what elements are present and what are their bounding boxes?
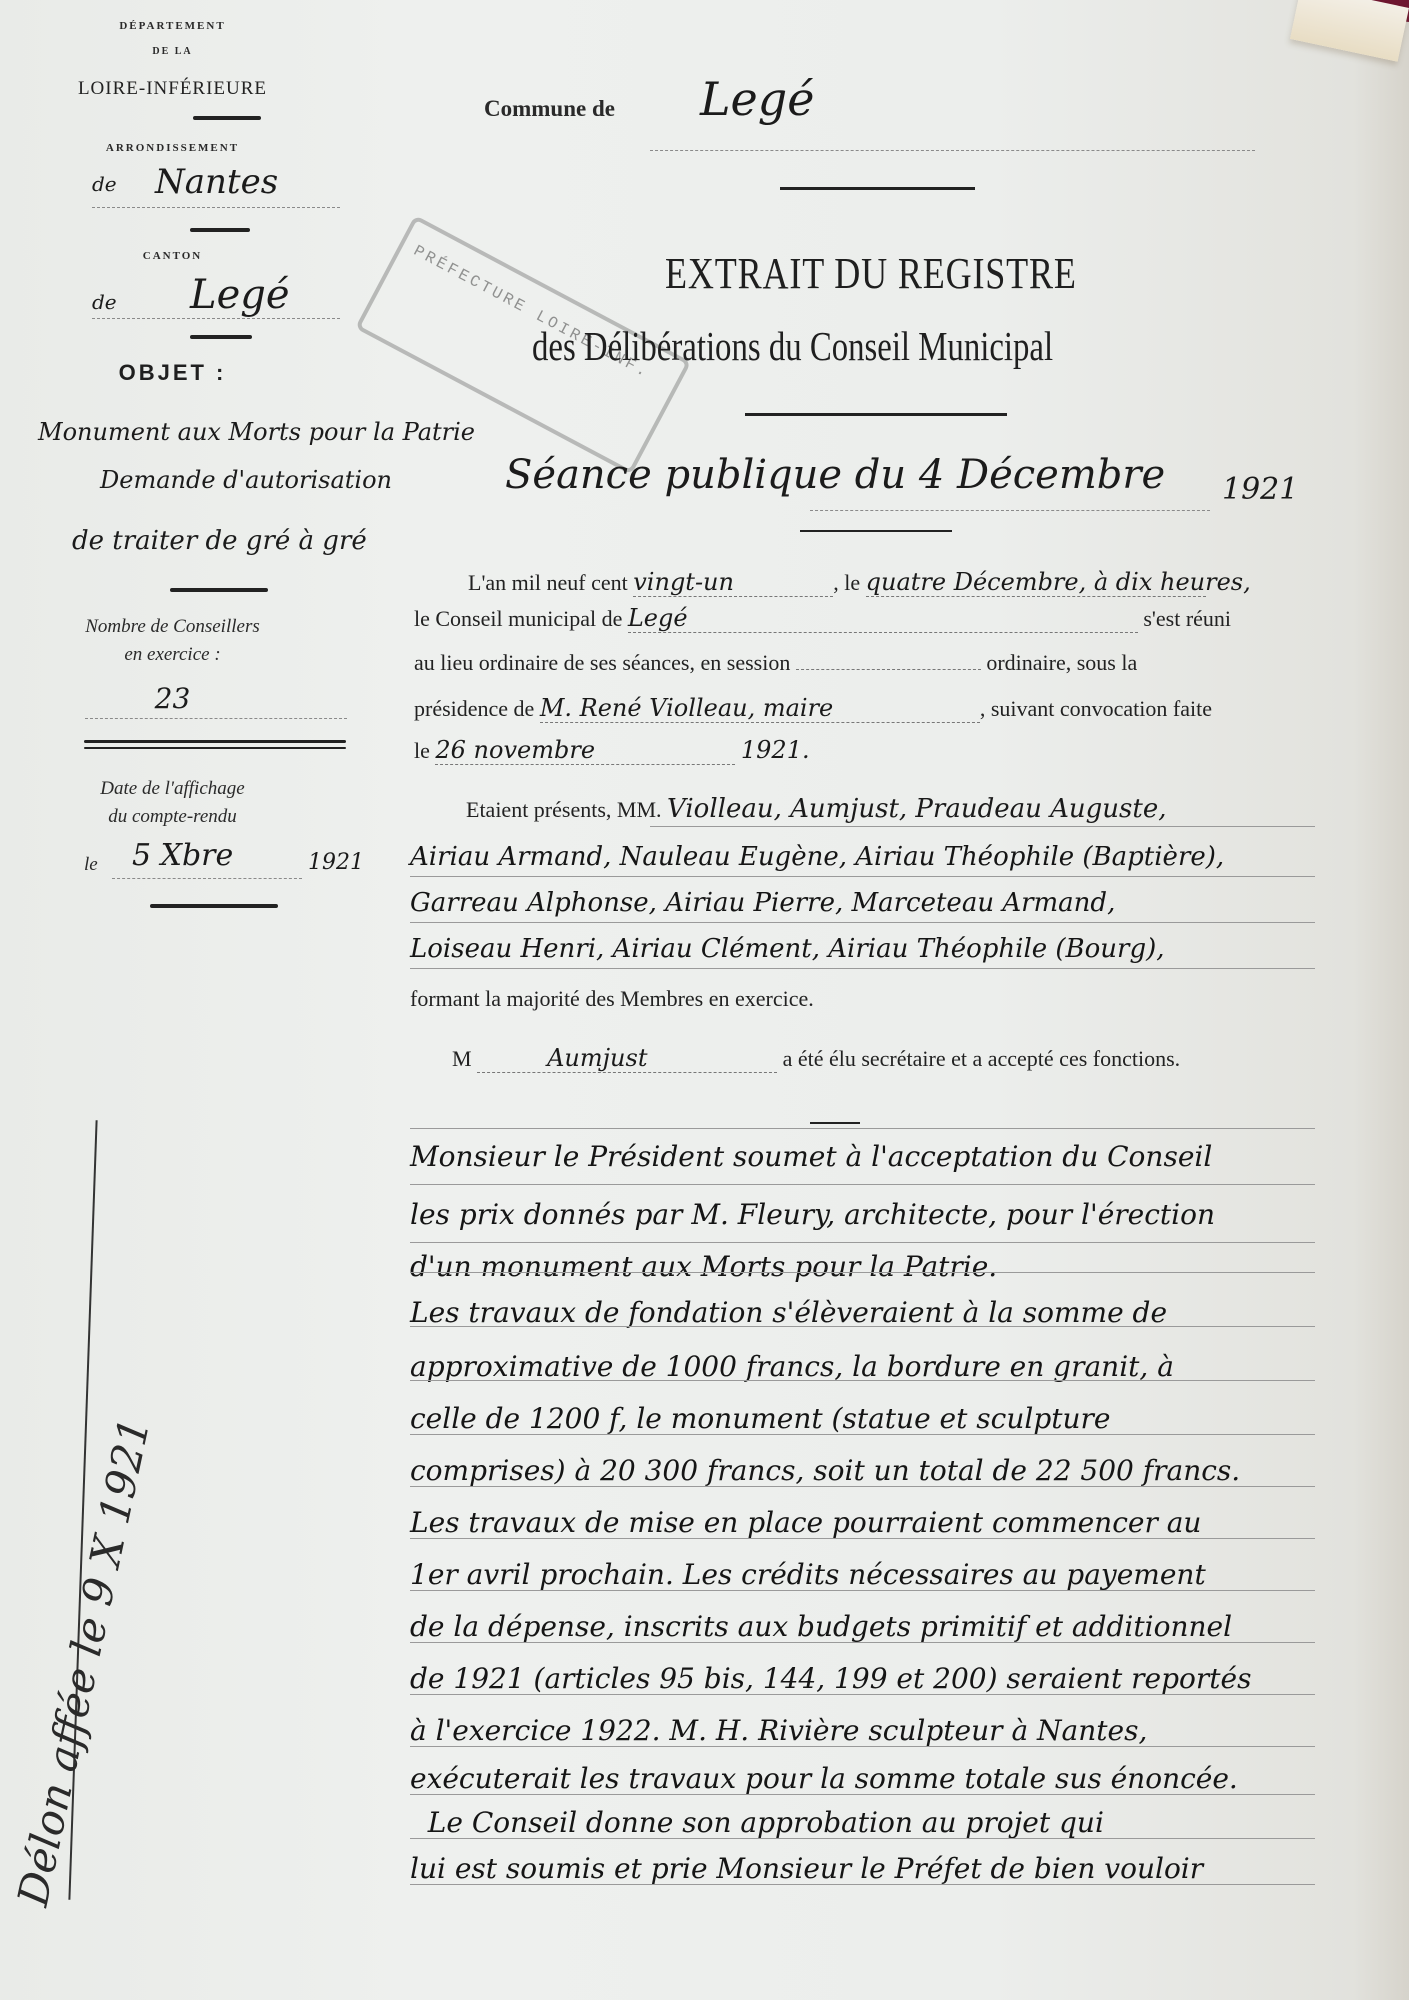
deliberation-line-13: exécuterait les travaux pour la somme to…	[410, 1762, 1238, 1795]
rule	[410, 1694, 1315, 1695]
ornament-divider	[780, 187, 975, 190]
rule	[410, 1538, 1315, 1539]
rule	[410, 1380, 1315, 1381]
presents-line-4: Loiseau Henri, Airiau Clément, Airiau Th…	[410, 934, 1165, 964]
deliberation-line-8: Les travaux de mise en place pourraient …	[410, 1506, 1201, 1539]
objet-label: OBJET :	[0, 360, 345, 386]
departement-name: LOIRE-INFÉRIEURE	[0, 78, 345, 100]
divider	[170, 588, 268, 592]
rule	[410, 1184, 1315, 1185]
field-line	[92, 207, 340, 208]
preamble-line-2: le Conseil municipal de Legé s'est réuni	[414, 604, 1231, 633]
presents-line-1: Violleau, Aumjust, Praudeau Auguste,	[667, 794, 1166, 824]
divider	[84, 740, 346, 743]
deliberation-line-10: de la dépense, inscrits aux budgets prim…	[410, 1610, 1232, 1643]
deliberation-line-14: Le Conseil donne son approbation au proj…	[410, 1806, 1104, 1839]
affichage-label-1: Date de l'affichage	[0, 778, 345, 800]
document-subtitle: des Délibérations du Conseil Municipal	[532, 322, 1053, 370]
rule	[410, 1838, 1315, 1839]
commune-fill: Legé	[628, 604, 1138, 633]
presents-line-3: Garreau Alphonse, Airiau Pierre, Marcete…	[410, 888, 1115, 918]
conseillers-label-2: en exercice :	[0, 644, 345, 666]
presents-line-2: Airiau Armand, Nauleau Eugène, Airiau Th…	[410, 842, 1224, 872]
deliberation-line-4: Les travaux de fondation s'élèveraient à…	[410, 1296, 1167, 1329]
field-line	[92, 318, 340, 319]
secretaire-name: Aumjust	[477, 1044, 777, 1073]
divider	[193, 116, 261, 120]
section-rule	[410, 1128, 1315, 1129]
conseillers-value: 23	[0, 682, 345, 715]
divider	[190, 228, 250, 232]
preamble-line-4: présidence de M. René Violleau, maire, s…	[414, 694, 1212, 723]
deliberation-line-2: les prix donnés par M. Fleury, architect…	[410, 1198, 1215, 1231]
deliberation-line-6: celle de 1200 f, le monument (statue et …	[410, 1402, 1110, 1435]
rule	[410, 1486, 1315, 1487]
deliberation-line-7: comprises) à 20 300 francs, soit un tota…	[410, 1454, 1240, 1487]
presents-label: Etaient présents, MM. Violleau, Aumjust,…	[466, 794, 1166, 824]
commune-label: Commune de	[484, 96, 615, 122]
affichage-value: 5 Xbre	[132, 838, 233, 873]
ornament-divider	[745, 413, 1007, 416]
rule	[410, 1794, 1315, 1795]
deliberation-line-11: de 1921 (articles 95 bis, 144, 199 et 20…	[410, 1662, 1251, 1695]
rule	[410, 1272, 1315, 1273]
conseillers-label-1: Nombre de Conseillers	[0, 616, 345, 638]
deliberation-line-9: 1er avril prochain. Les crédits nécessai…	[410, 1558, 1206, 1591]
divider	[150, 904, 278, 908]
session-fill	[796, 669, 981, 670]
preamble-line-5: le 26 novembre 1921.	[414, 736, 810, 765]
objet-line-2: Demande d'autorisation	[100, 466, 392, 494]
rule	[410, 1642, 1315, 1643]
objet-line-1: Monument aux Morts pour la Patrie	[38, 418, 475, 446]
rule	[410, 1242, 1315, 1243]
seance-year: 1921	[1222, 472, 1298, 507]
secretaire-line: M Aumjust a été élu secrétaire et a acce…	[452, 1044, 1180, 1073]
rule	[410, 1590, 1315, 1591]
de-la-label: DE LA	[0, 46, 345, 57]
rule	[410, 1326, 1315, 1327]
rule	[410, 1746, 1315, 1747]
deliberation-line-12: à l'exercice 1922. M. H. Rivière sculpte…	[410, 1714, 1147, 1747]
rule	[410, 922, 1315, 923]
field-line	[810, 510, 1210, 511]
affichage-prefix: le	[84, 854, 98, 876]
deliberation-line-5: approximative de 1000 francs, la bordure…	[410, 1350, 1174, 1383]
divider	[190, 335, 252, 339]
deliberation-line-1: Monsieur le Président soumet à l'accepta…	[410, 1140, 1212, 1173]
arrondissement-prefix: de	[92, 172, 117, 196]
affichage-label-2: du compte-rendu	[0, 806, 345, 828]
field-line	[112, 878, 302, 879]
rule	[410, 876, 1315, 877]
document-page: DÉPARTEMENT DE LA LOIRE-INFÉRIEURE ARRON…	[0, 0, 1409, 2000]
deliberation-line-15: lui est soumis et prie Monsieur le Préfe…	[410, 1852, 1203, 1885]
rule	[650, 826, 1315, 827]
preamble-line-1: L'an mil neuf cent vingt-un, le quatre D…	[468, 568, 1206, 597]
ornament-divider	[800, 530, 952, 532]
rule	[410, 968, 1315, 969]
document-title: EXTRAIT DU REGISTRE	[665, 248, 1077, 299]
preamble-line-3: au lieu ordinaire de ses séances, en ses…	[414, 650, 1137, 676]
canton-label: CANTON	[0, 250, 345, 262]
convocation-date-fill: 26 novembre	[435, 736, 735, 765]
field-line	[650, 150, 1255, 151]
ornament-divider	[810, 1122, 860, 1124]
deliberation-line-3: d'un monument aux Morts pour la Patrie.	[410, 1250, 997, 1283]
canton-prefix: de	[92, 290, 117, 314]
arrondissement-label: ARRONDISSEMENT	[0, 142, 345, 154]
commune-value: Legé	[700, 72, 814, 126]
presents-closing: formant la majorité des Membres en exerc…	[410, 986, 814, 1012]
president-fill: M. René Violleau, maire	[540, 694, 980, 723]
rule	[410, 1884, 1315, 1885]
canton-value: Legé	[190, 272, 290, 318]
departement-label: DÉPARTEMENT	[0, 20, 345, 32]
year-fill: vingt-un	[633, 568, 833, 597]
divider	[84, 747, 346, 749]
seance-heading: Séance publique du 4 Décembre	[505, 452, 1165, 498]
underlying-paper-corner	[1290, 0, 1409, 62]
date-fill: quatre Décembre, à dix heures,	[866, 568, 1206, 597]
objet-line-3: de traiter de gré à gré	[72, 526, 367, 556]
affichage-year: 1921	[308, 850, 364, 875]
arrondissement-value: Nantes	[155, 162, 278, 202]
field-line	[85, 718, 347, 719]
rule	[410, 1434, 1315, 1435]
